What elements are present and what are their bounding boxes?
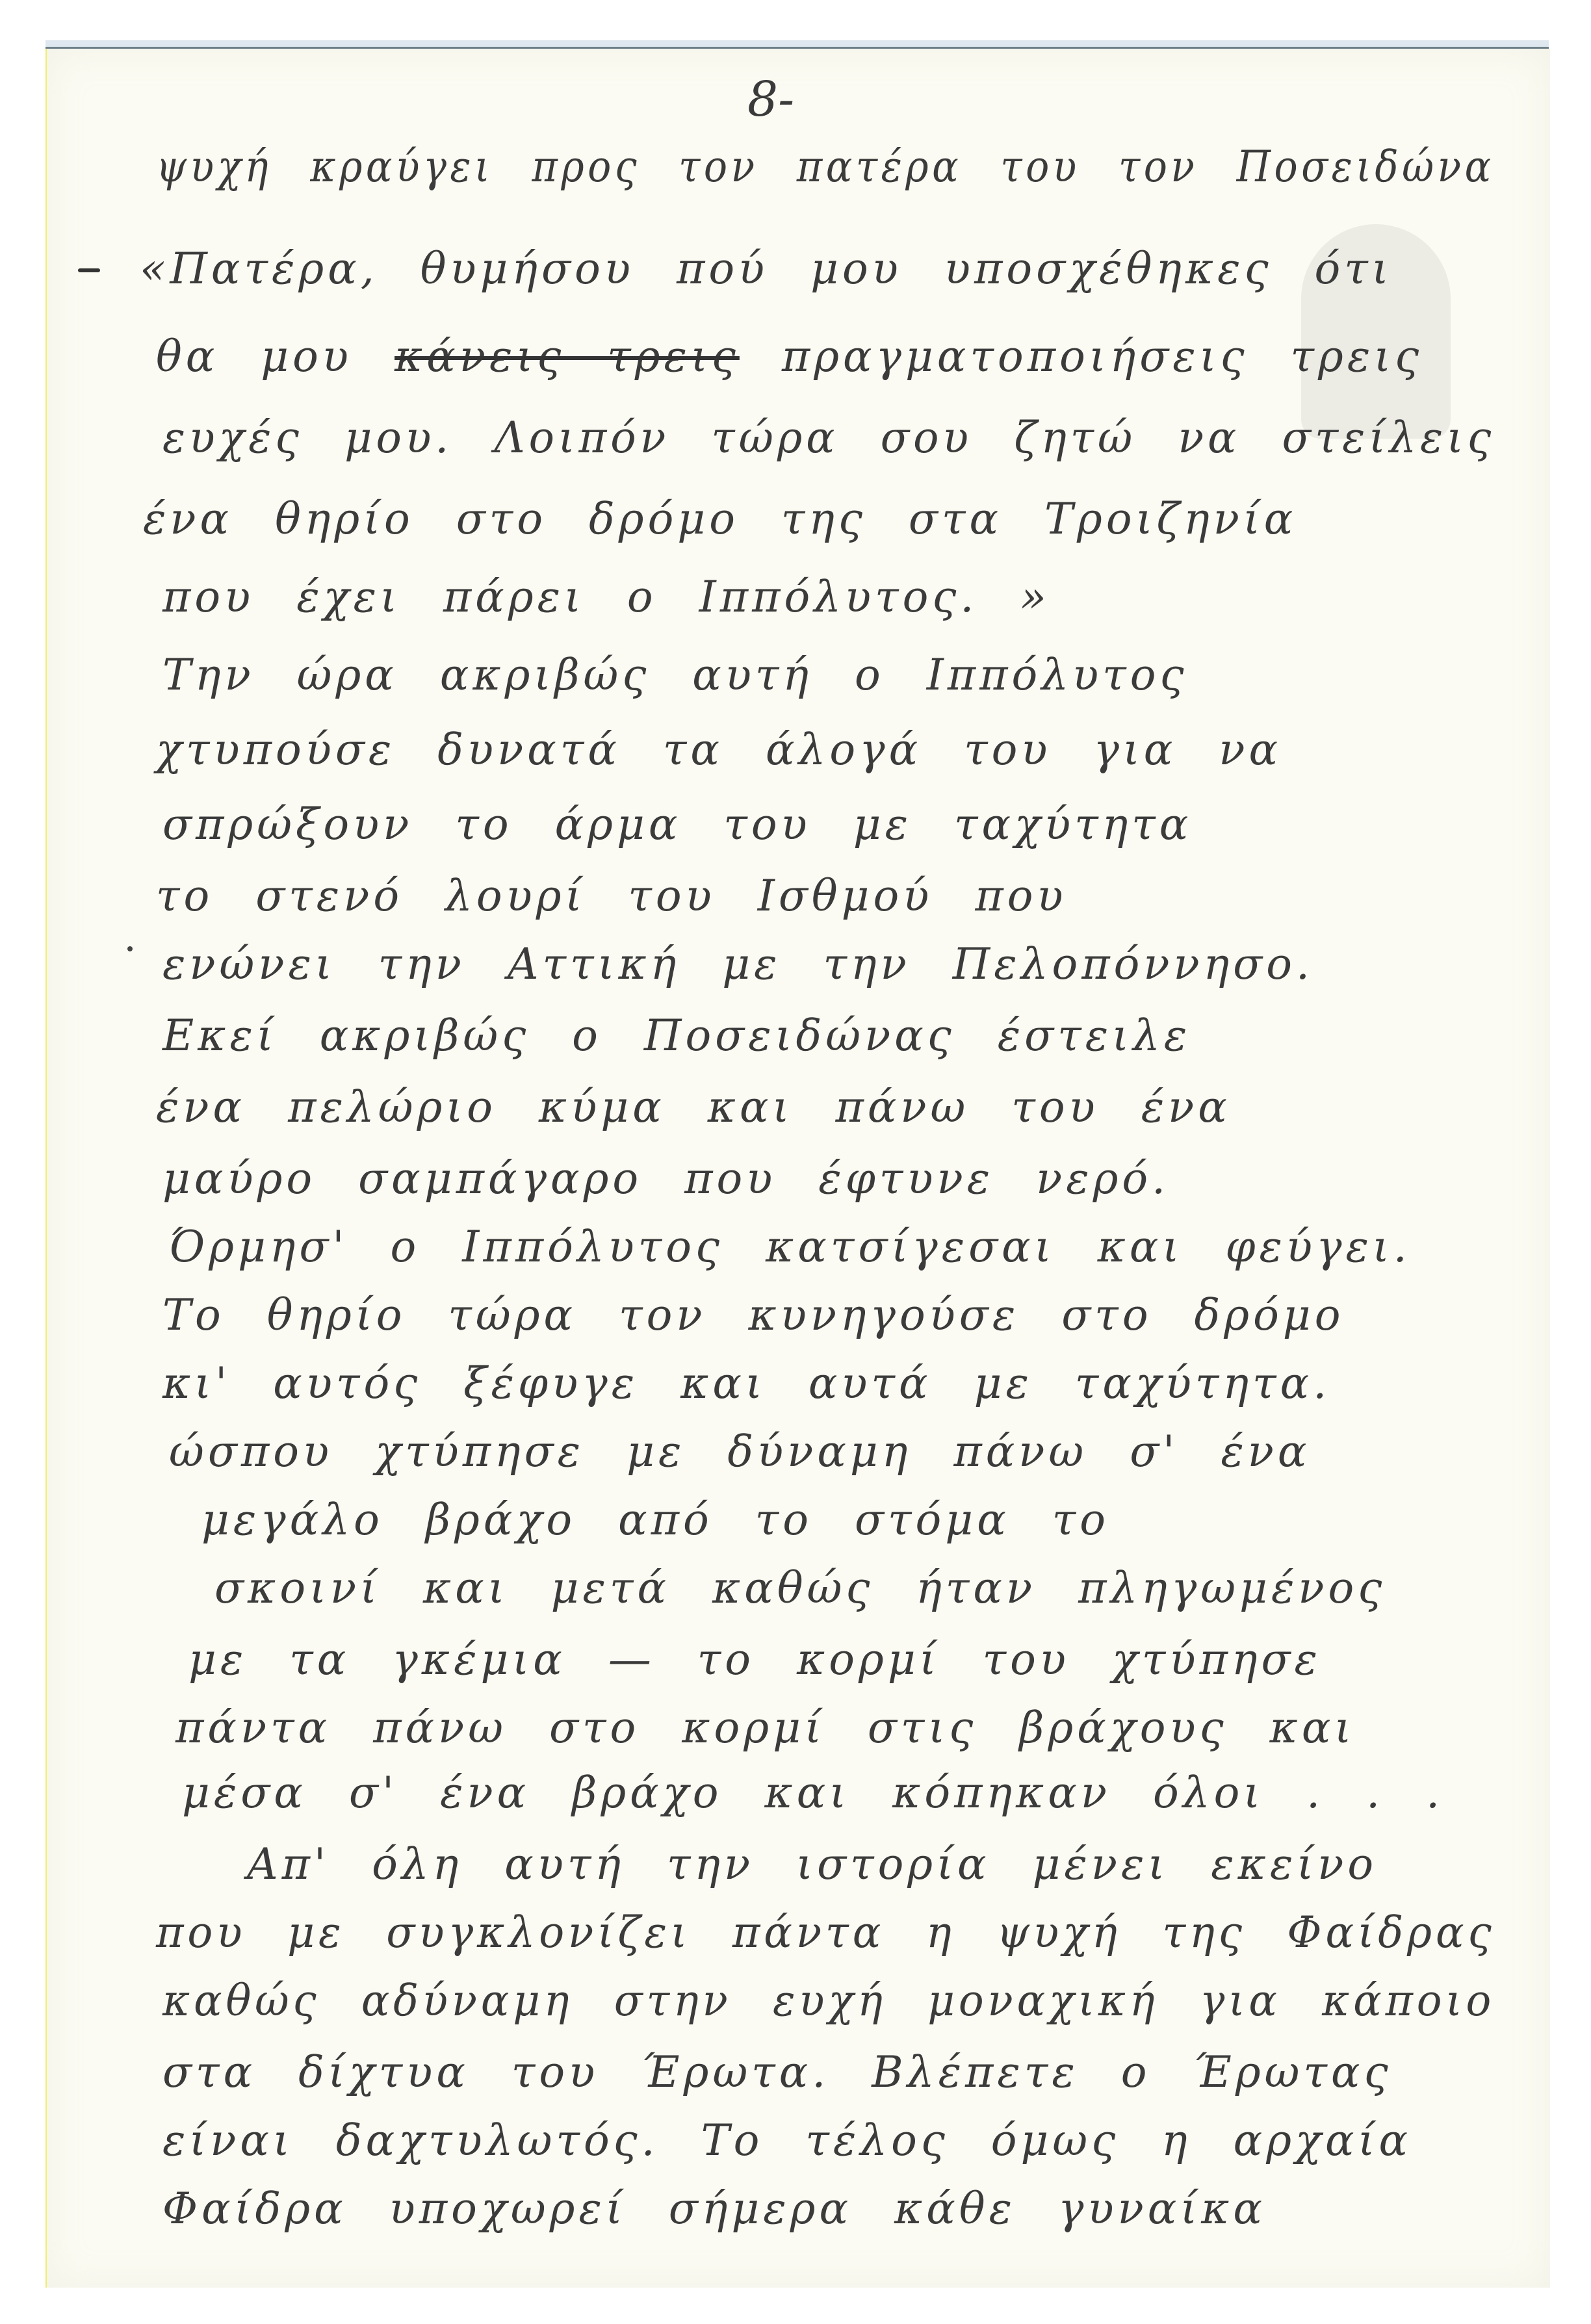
line-3-suffix: πραγματοποιήσεις τρεις	[782, 331, 1423, 381]
manuscript-line-3: θα μου κάνεις τρεις πραγματοποιήσεις τρε…	[156, 331, 1423, 381]
line-3-prefix: θα μου	[156, 331, 352, 381]
manuscript-line-28: είναι δαχτυλωτός. Το τέλος όμως η αρχαία	[162, 2115, 1412, 2165]
manuscript-line-2: «Πατέρα, θυμήσου πού μου υποσχέθηκες ότι	[140, 244, 1393, 294]
manuscript-text: ψυχή κραύγει προς τον πατέρα του τον Ποσ…	[0, 0, 1591, 2324]
manuscript-line-24: Απ' όλη αυτή την ιστορία μένει εκείνο	[247, 1839, 1377, 1889]
manuscript-line-8: χτυπούσε δυνατά τα άλογά του για να	[156, 725, 1282, 775]
manuscript-line-7: Την ώρα ακριβώς αυτή ο Ιππόλυτος	[162, 650, 1187, 700]
struck-out-words: κάνεις τρεις	[395, 331, 740, 381]
manuscript-line-20: σκοινί και μετά καθώς ήταν πληγωμένος	[214, 1563, 1386, 1613]
manuscript-line-25: που με συγκλονίζει πάντα η ψυχή της Φαίδ…	[156, 1907, 1495, 1957]
manuscript-line-18: ώσπου χτύπησε με δύναμη πάνω σ' ένα	[169, 1427, 1311, 1477]
manuscript-line-10: το στενό λουρί του Ισθμού που	[156, 871, 1067, 921]
manuscript-line-17: κι' αυτός ξέφυγε και αυτά με ταχύτητα.	[162, 1358, 1330, 1408]
manuscript-line-14: μαύρο σαμπάγαρο που έφτυνε νερό.	[162, 1154, 1169, 1204]
manuscript-line-29: Φαίδρα υποχωρεί σήμερα κάθε γυναίκα	[162, 2184, 1266, 2234]
manuscript-line-16: Το θηρίο τώρα τον κυνηγούσε στο δρόμο	[162, 1290, 1344, 1340]
manuscript-line-5: ένα θηρίο στο δρόμο της στα Τροιζηνία	[143, 494, 1297, 544]
manuscript-line-19: μεγάλο βράχο από το στόμα το	[201, 1495, 1109, 1545]
manuscript-line-15: Όρμησ' ο Ιππόλυτος κατσίγεσαι και φεύγει…	[169, 1222, 1411, 1272]
manuscript-line-12: Εκεί ακριβώς ο Ποσειδώνας έστειλε	[162, 1011, 1191, 1061]
manuscript-line-21: με τα γκέμια — το κορμί του χτύπησε	[188, 1634, 1321, 1685]
manuscript-line-1: ψυχή κραύγει προς τον πατέρα του τον Ποσ…	[156, 142, 1495, 192]
manuscript-line-11: ενώνει την Αττική με την Πελοπόννησο.	[162, 939, 1313, 989]
manuscript-line-26: καθώς αδύναμη στην ευχή μοναχική για κάπ…	[162, 1976, 1495, 2026]
manuscript-line-6: που έχει πάρει ο Ιππόλυτος. »	[162, 572, 1050, 622]
manuscript-line-4: ευχές μου. Λοιπόν τώρα σου ζητώ να στείλ…	[162, 413, 1495, 463]
manuscript-line-9: σπρώξουν το άρμα του με ταχύτητα	[162, 799, 1192, 849]
manuscript-line-13: ένα πελώριο κύμα και πάνω του ένα	[156, 1082, 1231, 1132]
manuscript-line-22: πάντα πάνω στο κορμί στις βράχους και	[175, 1703, 1355, 1753]
manuscript-line-23: μέσα σ' ένα βράχο και κόπηκαν όλοι . . .	[182, 1768, 1443, 1818]
manuscript-line-27: στα δίχτυα του Έρωτα. Βλέπετε ο Έρωτας	[162, 2047, 1392, 2097]
